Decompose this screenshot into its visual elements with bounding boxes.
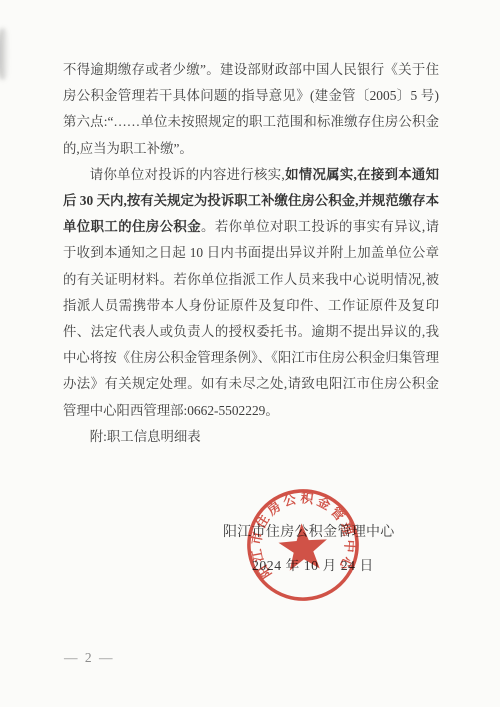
page-number: — 2 — xyxy=(64,650,115,666)
official-seal-icon: 阳江市住房公积金管理中心 xyxy=(240,482,366,608)
seal-star-icon xyxy=(277,522,329,571)
document-page: 不得逾期缴存或者少缴”。建设部财政部中国人民银行《关于住房公积金管理若干具体问题… xyxy=(0,0,500,707)
